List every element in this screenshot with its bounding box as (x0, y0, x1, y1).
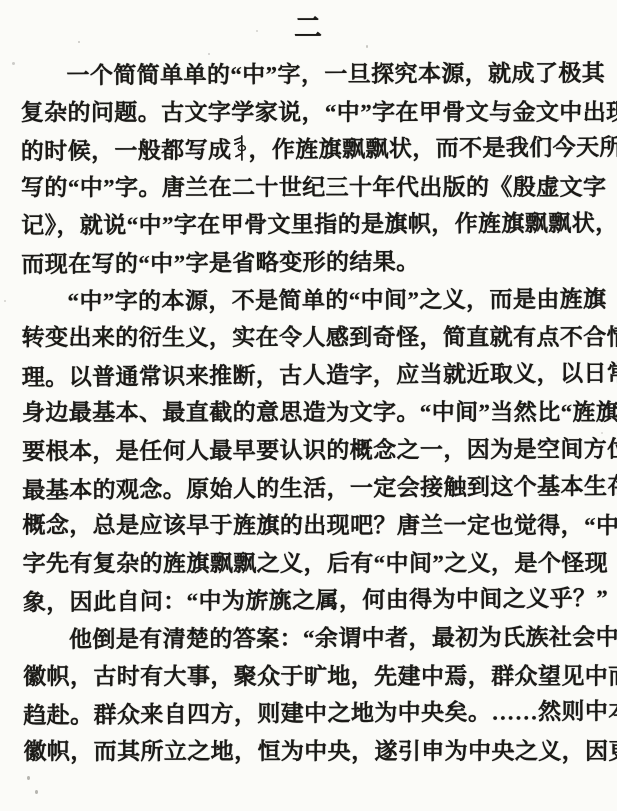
oracle-bone-zhong-flag-glyph (232, 135, 247, 162)
paragraph-3: 他倒是有清楚的答案：“余谓中者，最初为氏族社会中之 徽帜，古时有大事，聚众于旷地… (23, 619, 599, 772)
text-line: 转变出来的衍生义，实在令人感到奇怪，简直就有点不合情 (22, 319, 597, 357)
scan-speckle (78, 41, 80, 43)
scan-speckle (4, 300, 6, 302)
scan-speckle (35, 790, 38, 794)
text-line: 一个简简单单的“中”字，一旦探究本源，就成了极其 (20, 55, 595, 95)
scan-speckle (256, 30, 258, 32)
text-line: 概念，总是应该早于旌旗的出现吧？唐兰一定也觉得，“中” (22, 507, 597, 545)
text-line-part: 的时候，一般都写成 (21, 138, 232, 165)
text-line: 徽帜，而其所立之地，恒为中央，遂引申为中央之义，因更 (23, 733, 598, 771)
text-line: 要根本，是任何人最早要认识的概念之一，因为是空间方位 (22, 431, 597, 471)
text-line: 身边最基本、最直截的意思造为文字。“中间”当然比“旌旗” (22, 394, 597, 432)
text-line: 记》，就说“中”字在甲骨文里指的是旗帜，作旌旗飘飘状， (21, 205, 596, 245)
text-line-part: ，作旌旗飘飘状，而不是我们今天所 (248, 135, 617, 163)
text-line: 的时候，一般都写成 ，作旌旗飘飘状，而不是我们今天所 (21, 129, 596, 171)
text-line: 写的“中”字。唐兰在二十世纪三十年代出版的《殷虚文字 (21, 169, 596, 207)
scan-speckle (601, 432, 603, 434)
scan-speckle (366, 45, 368, 48)
paragraph-2: “中”字的本源，不是简单的“中间”之义，而是由旌旗 转变出来的衍生义，实在令人感… (21, 280, 597, 621)
scan-speckle (12, 62, 15, 65)
text-line: “中”字的本源，不是简单的“中间”之义，而是由旌旗 (21, 280, 596, 320)
scan-speckle (208, 53, 210, 55)
text-line: 象，因此自问：“中为旂旐之属，何由得为中间之义乎？” (23, 580, 598, 622)
text-line: 徽帜，古时有大事，聚众于旷地，先建中焉，群众望见中而 (23, 657, 598, 695)
text-line: 复杂的问题。古文字学家说，“中”字在甲骨文与金文中出现 (21, 93, 596, 131)
text-line: 而现在写的“中”字是省略变形的结果。 (21, 242, 596, 284)
text-line: 他倒是有清楚的答案：“余谓中者，最初为氏族社会中之 (23, 619, 598, 659)
scan-speckle (558, 118, 560, 120)
text-line: 字先有复杂的旌旗飘飘之义，后有“中间”之义，是个怪现 (23, 545, 598, 583)
scan-speckle (27, 776, 30, 780)
scanned-book-page: 二 一个简简单单的“中”字，一旦探究本源，就成了极其 复杂的问题。古文字学家说，… (0, 0, 617, 811)
page-number: 二 (0, 6, 617, 46)
text-line: 趋赴。群众来自四方，则建中之地为中央矣。……然则中本 (23, 693, 598, 735)
text-line: 理。以普通常识来推断，古人造字，应当就近取义，以日常 (22, 355, 597, 397)
page-body-text: 一个简简单单的“中”字，一旦探究本源，就成了极其 复杂的问题。古文字学家说，“中… (20, 55, 598, 772)
paragraph-1: 一个简简单单的“中”字，一旦探究本源，就成了极其 复杂的问题。古文字学家说，“中… (20, 55, 596, 283)
text-line: 最基本的观念。原始人的生活，一定会接触到这个基本生存 (22, 467, 597, 509)
